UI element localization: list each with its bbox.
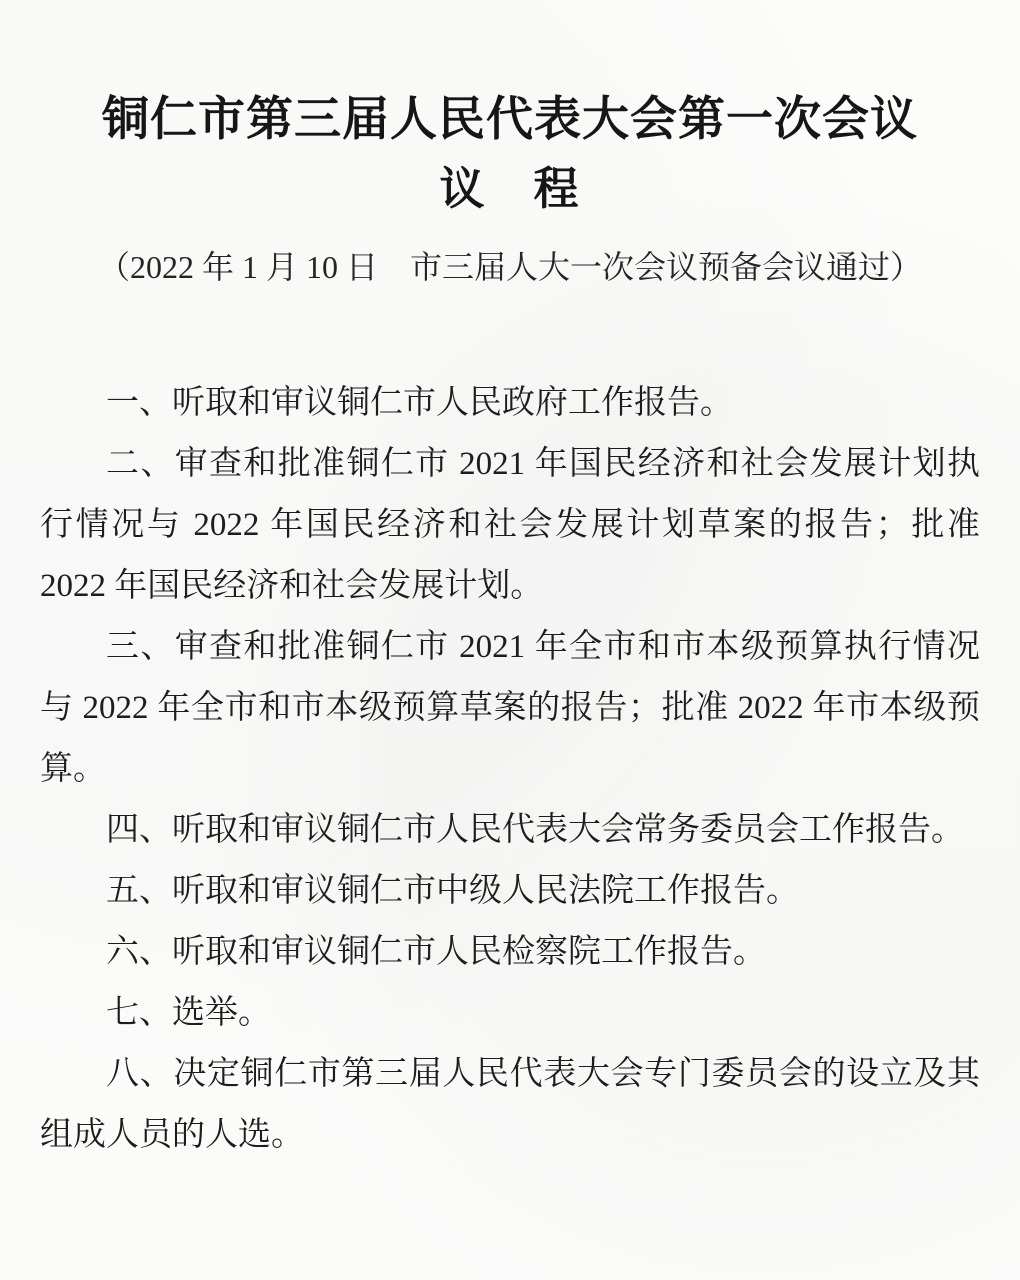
- agenda-item-1: 一、听取和审议铜仁市人民政府工作报告。: [40, 373, 980, 434]
- agenda-item-6: 六、听取和审议铜仁市人民检察院工作报告。: [40, 922, 980, 983]
- document-subtitle: 议 程: [40, 166, 980, 211]
- agenda-list: 一、听取和审议铜仁市人民政府工作报告。 二、审查和批准铜仁市 2021 年国民经…: [40, 373, 980, 1166]
- agenda-item-5: 五、听取和审议铜仁市中级人民法院工作报告。: [40, 861, 980, 922]
- document-dateline: （2022 年 1 月 10 日 市三届人大一次会议预备会议通过）: [40, 251, 980, 283]
- agenda-item-3: 三、审查和批准铜仁市 2021 年全市和市本级预算执行情况与 2022 年全市和…: [40, 617, 980, 800]
- document-title: 铜仁市第三届人民代表大会第一次会议: [40, 95, 980, 142]
- agenda-item-8: 八、决定铜仁市第三届人民代表大会专门委员会的设立及其组成人员的人选。: [40, 1044, 980, 1166]
- agenda-item-7: 七、选举。: [40, 983, 980, 1044]
- agenda-item-4: 四、听取和审议铜仁市人民代表大会常务委员会工作报告。: [40, 800, 980, 861]
- document-page: 铜仁市第三届人民代表大会第一次会议 议 程 （2022 年 1 月 10 日 市…: [0, 0, 1020, 1280]
- agenda-item-2: 二、审查和批准铜仁市 2021 年国民经济和社会发展计划执行情况与 2022 年…: [40, 434, 980, 617]
